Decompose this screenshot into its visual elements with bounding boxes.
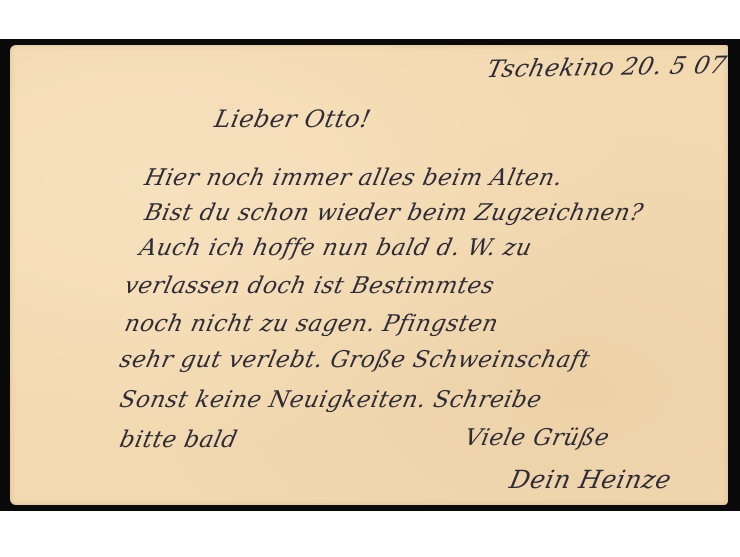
dateline: Tschekino 20. 5 07 bbox=[484, 51, 729, 83]
body-line: Sonst keine Neuigkeiten. Schreibe bbox=[117, 387, 544, 413]
body-line: noch nicht zu sagen. Pfingsten bbox=[122, 311, 500, 337]
closing: Viele Grüße bbox=[462, 425, 612, 451]
body-line: sehr gut verlebt. Große Schweinschaft bbox=[117, 347, 592, 373]
body-line: Bist du schon wieder beim Zugzeichnen? bbox=[142, 200, 645, 226]
body-line: bitte bald bbox=[117, 427, 240, 453]
body-line: Auch ich hoffe nun bald d. W. zu bbox=[137, 235, 534, 261]
body-line: Hier noch immer alles beim Alten. bbox=[142, 165, 565, 191]
signature: Dein Heinze bbox=[507, 465, 674, 494]
greeting: Lieber Otto! bbox=[212, 105, 373, 133]
postcard: Tschekino 20. 5 07 Lieber Otto! Hier noc… bbox=[10, 45, 728, 505]
body-line: verlassen doch ist Bestimmtes bbox=[122, 273, 497, 299]
